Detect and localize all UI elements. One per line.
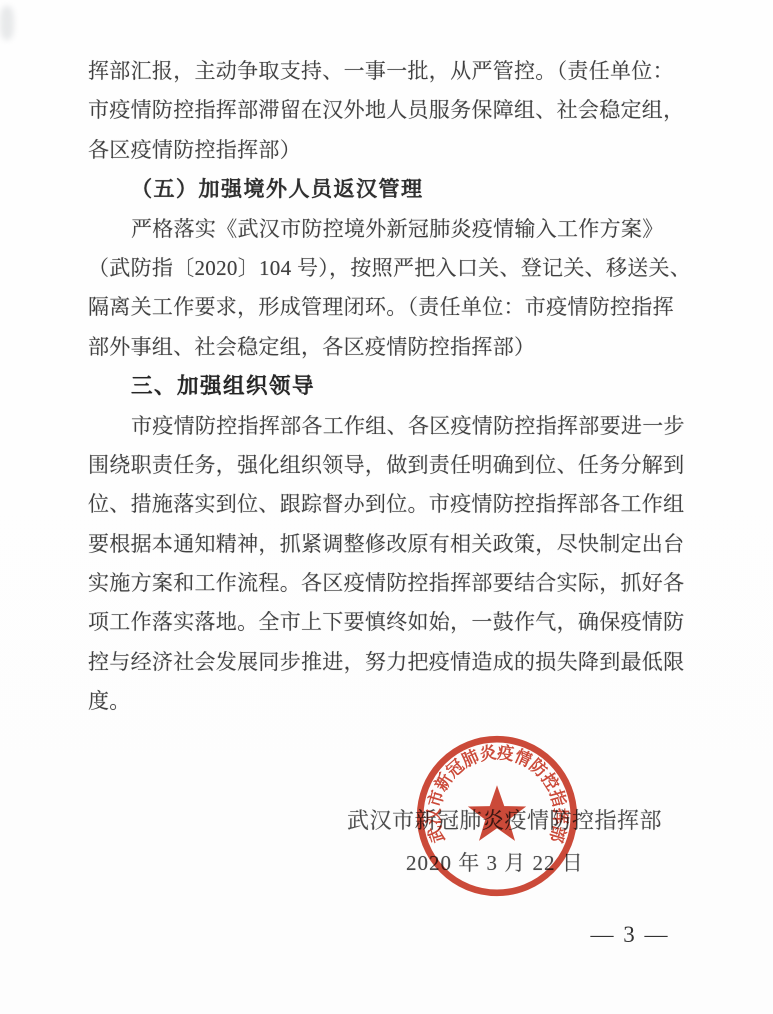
scan-artifact	[0, 6, 14, 40]
text-line: 市疫情防控指挥部滞留在汉外地人员服务保障组、社会稳定组，	[88, 91, 688, 130]
text-line: 控与经济社会发展同步推进，努力把疫情造成的损失降到最低限	[88, 643, 688, 682]
section-heading-three: 三、加强组织领导	[88, 367, 688, 406]
text-line: 隔离关工作要求，形成管理闭环。（责任单位：市疫情防控指挥	[88, 288, 688, 327]
seal-star-icon	[468, 785, 526, 841]
text-line: （武防指〔2020〕104 号），按照严把入口关、登记关、移送关、	[88, 249, 688, 288]
text-line: 部外事组、社会稳定组，各区疫情防控指挥部）	[88, 328, 688, 367]
text-line: 严格落实《武汉市防控境外新冠肺炎疫情输入工作方案》	[88, 210, 688, 249]
text-line: 实施方案和工作流程。各区疫情防控指挥部要结合实际，抓好各	[88, 564, 688, 603]
text-line: 各区疫情防控指挥部）	[88, 131, 688, 170]
text-line: 要根据本通知精神，抓紧调整修改原有相关政策，尽快制定出台	[88, 525, 688, 564]
document-page: 挥部汇报，主动争取支持、一事一批，从严管控。（责任单位： 市疫情防控指挥部滞留在…	[0, 0, 773, 1014]
text-line: 位、措施落实到位、跟踪督办到位。市疫情防控指挥部各工作组	[88, 485, 688, 524]
official-seal-stamp: 武汉市新冠肺炎疫情防控指挥部	[412, 731, 582, 901]
text-line: 市疫情防控指挥部各工作组、各区疫情防控指挥部要进一步	[88, 407, 688, 446]
page-number: — 3 —	[590, 922, 670, 948]
section-heading-five: （五）加强境外人员返汉管理	[88, 170, 688, 209]
text-line: 度。	[88, 682, 688, 721]
text-line: 围绕职责任务，强化组织领导，做到责任明确到位、任务分解到	[88, 446, 688, 485]
text-line: 挥部汇报，主动争取支持、一事一批，从严管控。（责任单位：	[88, 52, 688, 91]
document-body: 挥部汇报，主动争取支持、一事一批，从严管控。（责任单位： 市疫情防控指挥部滞留在…	[88, 52, 688, 722]
text-line: 项工作落实落地。全市上下要慎终如始，一鼓作气，确保疫情防	[88, 603, 688, 642]
